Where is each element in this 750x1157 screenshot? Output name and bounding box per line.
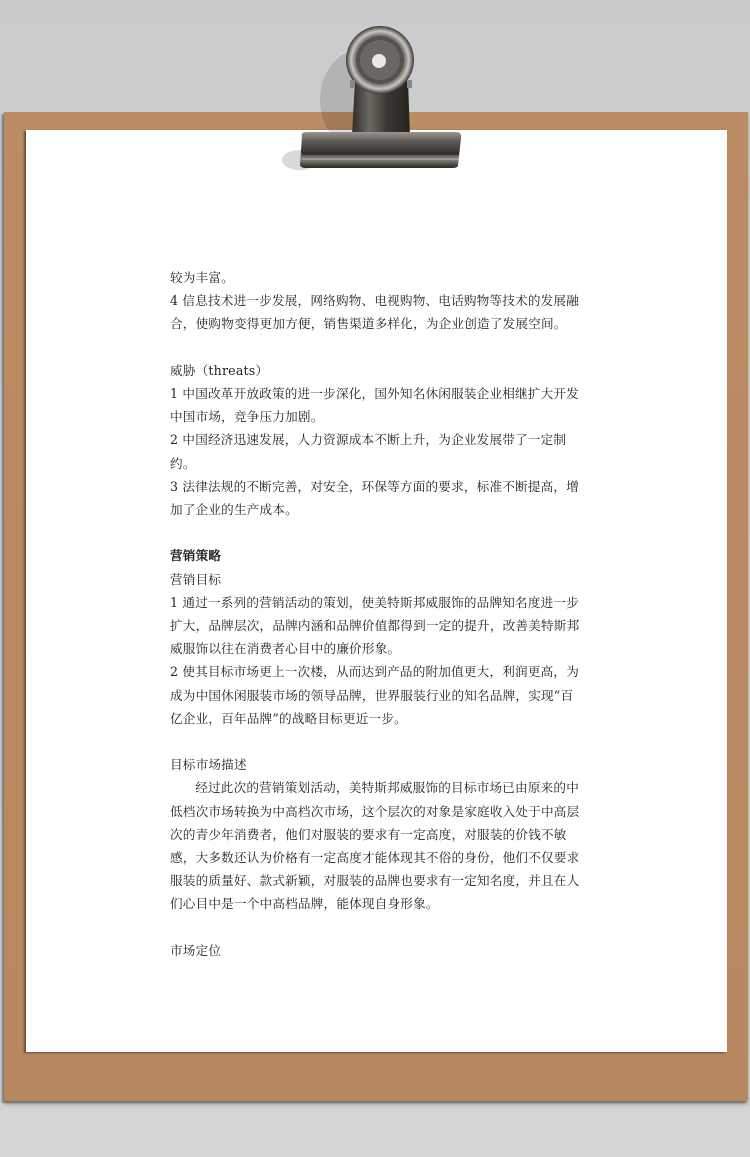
threats-heading: 威胁（threats） — [170, 359, 582, 382]
target-market-body: 经过此次的营销策划活动，美特斯邦威服饰的目标市场已由原来的中低档次市场转换为中高… — [170, 776, 582, 915]
goal-item-1: 1 通过一系列的营销活动的策划，使美特斯邦威服饰的品牌知名度进一步扩大，品牌层次… — [170, 591, 582, 661]
intro-tail: 较为丰富。 — [170, 266, 582, 289]
opportunity-item-4: 4 信息技术进一步发展，网络购物、电视购物、电话购物等技术的发展融合，使购物变得… — [170, 289, 582, 335]
target-market-heading: 目标市场描述 — [170, 753, 582, 776]
goal-item-2: 2 使其目标市场更上一次楼，从而达到产品的附加值更大，利润更高，为成为中国休闲服… — [170, 660, 582, 730]
threat-item-2: 2 中国经济迅速发展，人力资源成本不断上升，为企业发展带了一定制约。 — [170, 428, 582, 474]
goal-heading: 营销目标 — [170, 568, 582, 591]
strategy-heading: 营销策略 — [170, 544, 582, 567]
threat-item-3: 3 法律法规的不断完善，对安全，环保等方面的要求，标准不断提高，增加了企业的生产… — [170, 475, 582, 521]
document-body: 较为丰富。 4 信息技术进一步发展，网络购物、电视购物、电话购物等技术的发展融合… — [170, 266, 582, 962]
threat-item-1: 1 中国改革开放政策的进一步深化，国外知名休闲服装企业相继扩大开发中国市场，竞争… — [170, 382, 582, 428]
positioning-heading: 市场定位 — [170, 939, 582, 962]
